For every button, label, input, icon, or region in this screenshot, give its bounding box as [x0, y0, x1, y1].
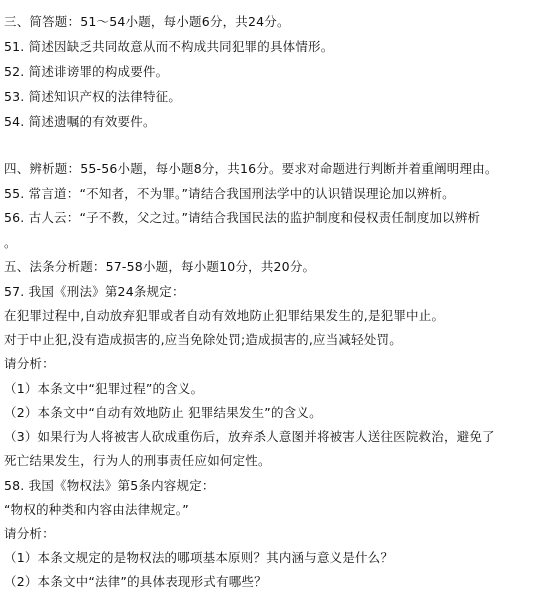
question-57-law-text-2: 对于中止犯,没有造成损害的,应当免除处罚;造成损害的,应当减轻处罚。 — [4, 332, 402, 348]
question-52: 52. 简述诽谤罪的构成要件。 — [4, 64, 168, 80]
question-57-title: 57. 我国《刑法》第24条规定： — [4, 284, 185, 300]
question-56: 56. 古人云：“子不教，父之过。”请结合我国民法的监护制度和侵权责任制度加以辨… — [4, 210, 480, 226]
question-57-law-text-1: 在犯罪过程中,自动放弃犯罪或者自动有效地防止犯罪结果发生的,是犯罪中止。 — [4, 308, 444, 324]
question-55: 55. 常言道：“不知者，不为罪。”请结合我国刑法学中的认识错误理论加以辨析。 — [4, 186, 455, 202]
question-57-sub-1: （1）本条文中“犯罪过程”的含义。 — [4, 381, 203, 397]
question-58-prompt: 请分析： — [4, 526, 55, 542]
question-53: 53. 简述知识产权的法律特征。 — [4, 89, 181, 105]
question-51: 51. 简述因缺乏共同故意从而不构成共同犯罪的具体情形。 — [4, 39, 333, 55]
question-57-sub-3: （3）如果行为人将被害人砍成重伤后，放弃杀人意图并将被害人送往医院救治，避免了 — [4, 429, 495, 445]
section5-heading: 五、法条分析题：57-58小题，每小题10分，共20分。 — [4, 259, 315, 275]
question-58-sub-2: （2）本条文中“法律”的具体表现形式有哪些？ — [4, 574, 267, 590]
exam-document: 三、简答题：51～54小题，每小题6分，共24分。 51. 简述因缺乏共同故意从… — [0, 0, 560, 599]
question-58-title: 58. 我国《物权法》第5条内容规定： — [4, 478, 215, 494]
question-56-wrap: 。 — [4, 235, 17, 251]
question-58-law-text: “物权的种类和内容由法律规定。” — [4, 502, 189, 518]
question-57-sub-2: （2）本条文中“自动有效地防止 犯罪结果发生”的含义。 — [4, 405, 322, 421]
question-57-sub-3-wrap: 死亡结果发生，行为人的刑事责任应如何定性。 — [4, 453, 271, 469]
section4-heading: 四、辨析题：55-56小题，每小题8分，共16分。要求对命题进行判断并着重阐明理… — [4, 161, 498, 177]
question-54: 54. 简述遗嘱的有效要件。 — [4, 114, 156, 130]
section3-heading: 三、简答题：51～54小题，每小题6分，共24分。 — [4, 14, 290, 30]
question-57-prompt: 请分析： — [4, 356, 55, 372]
question-58-sub-1: （1）本条文规定的是物权法的哪项基本原则？其内涵与意义是什么？ — [4, 550, 393, 566]
